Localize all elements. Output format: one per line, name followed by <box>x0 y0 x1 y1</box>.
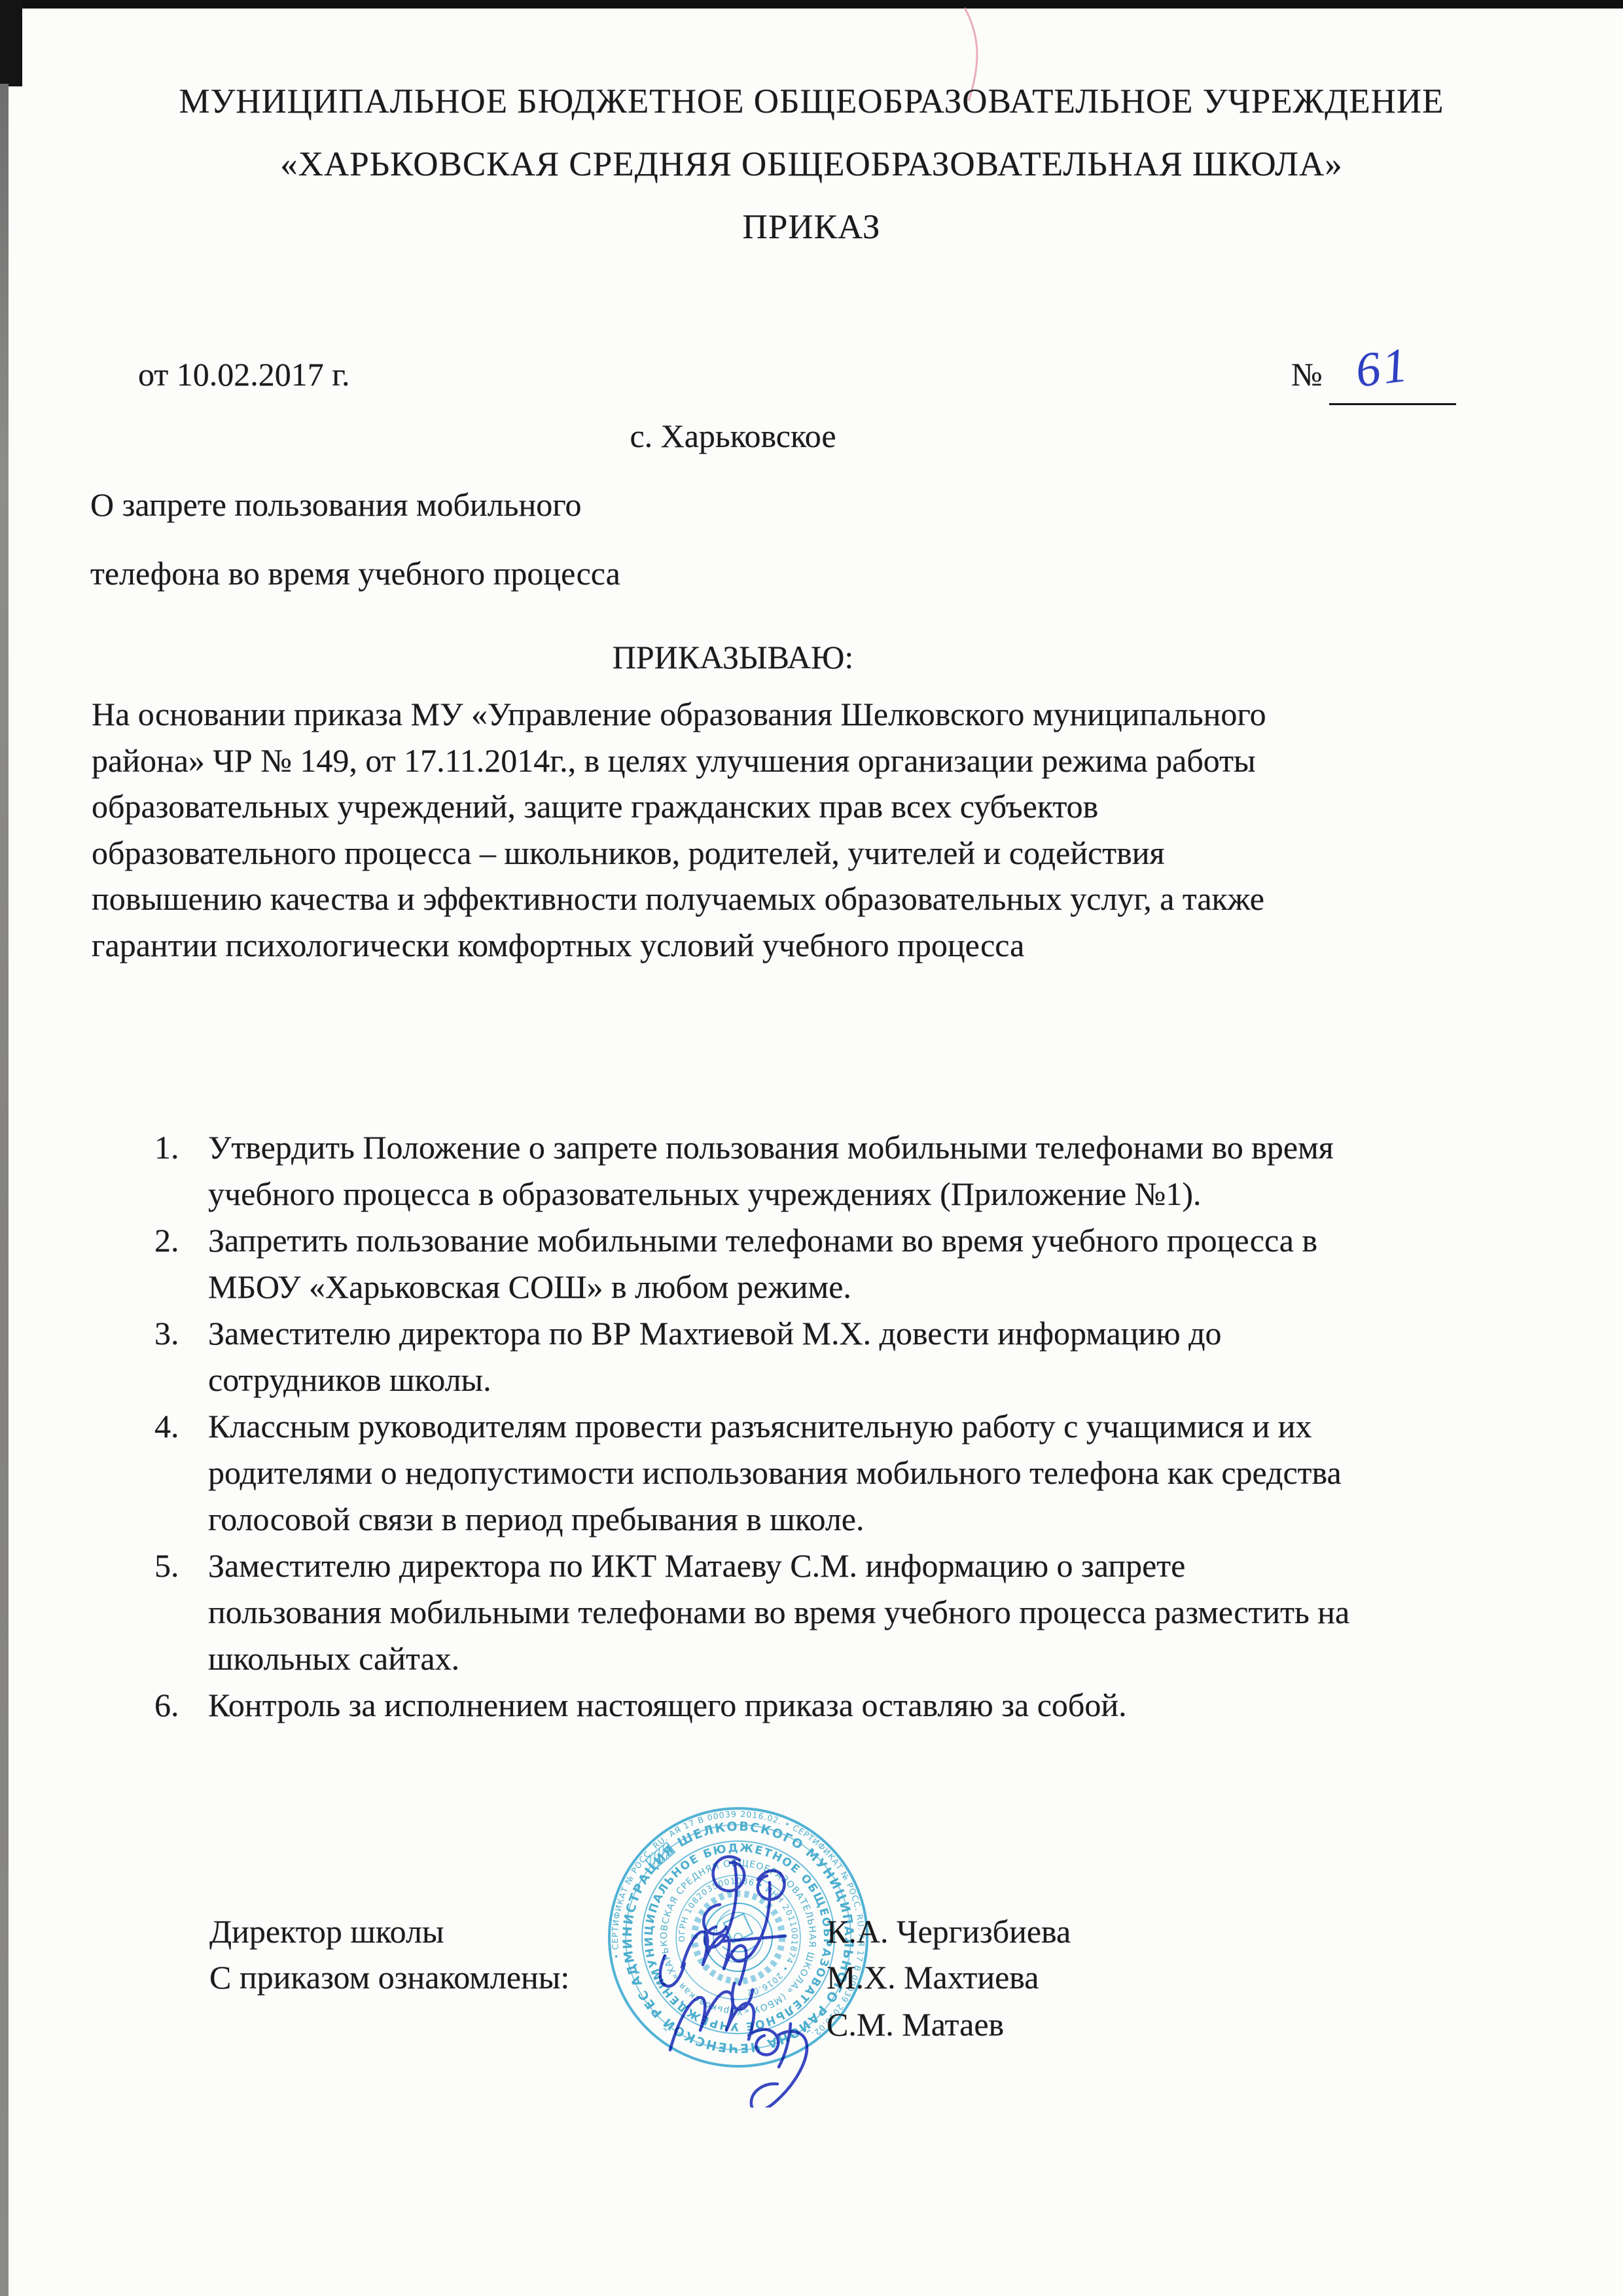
preamble-line: На основании приказа МУ «Управление обра… <box>92 691 1558 738</box>
signature-role-director: Директор школы <box>209 1915 444 1948</box>
number-underline <box>1329 403 1456 405</box>
signature-stroke-makhtieva <box>660 1932 753 2009</box>
order-item-line: 6.Контроль за исполнением настоящего при… <box>154 1682 1594 1729</box>
place-line: с. Харьковское <box>0 420 1466 452</box>
order-item-number: 2. <box>154 1217 208 1264</box>
preamble-paragraph: На основании приказа МУ «Управление обра… <box>92 691 1558 968</box>
order-heading: ПРИКАЗЫВАЮ: <box>0 641 1466 673</box>
order-item-text: Запретить пользование мобильными телефон… <box>208 1222 1317 1259</box>
preamble-line: повышению качества и эффективности получ… <box>92 876 1558 922</box>
order-item-continuation-line: голосовой связи в период пребывания в шк… <box>154 1496 1594 1543</box>
order-item-line: 4.Классным руководителям провести разъяс… <box>154 1403 1594 1450</box>
order-item-continuation-line: сотрудников школы. <box>154 1357 1594 1403</box>
order-item-line: 2.Запретить пользование мобильными телеф… <box>154 1217 1594 1264</box>
order-item-number: 5. <box>154 1543 208 1589</box>
subject-line1: О запрете пользования мобильного <box>90 488 581 521</box>
order-item-text: Утвердить Положение о запрете пользовани… <box>208 1129 1334 1166</box>
order-item-continuation-line: МБОУ «Харьковская СОШ» в любом режиме. <box>154 1264 1594 1310</box>
order-item-text: Контроль за исполнением настоящего прика… <box>208 1687 1127 1723</box>
doc-type-title: ПРИКАЗ <box>0 210 1623 245</box>
mid-centered-block: с. Харьковское ПРИКАЗЫВАЮ: <box>0 0 1466 65</box>
preamble-line: гарантии психологически комфортных услов… <box>92 922 1558 969</box>
order-item-text: Заместителю директора по ВР Махтиевой М.… <box>208 1315 1222 1352</box>
order-item-number: 4. <box>154 1403 208 1450</box>
order-date: от 10.02.2017 г. <box>138 358 350 391</box>
org-name-line1: МУНИЦИПАЛЬНОЕ БЮДЖЕТНОЕ ОБЩЕОБРАЗОВАТЕЛЬ… <box>0 84 1623 119</box>
preamble-line: образовательного процесса – школьников, … <box>92 830 1558 876</box>
order-item-line: 1.Утвердить Положение о запрете пользова… <box>154 1124 1594 1171</box>
preamble-line: района» ЧР № 149, от 17.11.2014г., в цел… <box>92 738 1558 784</box>
signature-stroke-mataev <box>670 1992 807 2108</box>
scanned-order-page: МУНИЦИПАЛЬНОЕ БЮДЖЕТНОЕ ОБЩЕОБРАЗОВАТЕЛЬ… <box>0 0 1623 2296</box>
order-item-continuation-line: учебного процесса в образовательных учре… <box>154 1171 1594 1217</box>
order-item-continuation-line: школьных сайтах. <box>154 1636 1594 1682</box>
order-item-text: Заместителю директора по ИКТ Матаеву С.М… <box>208 1547 1185 1584</box>
preamble-line: образовательных учреждений, защите гражд… <box>92 783 1558 830</box>
order-item-continuation-line: родителями о недопустимости использовани… <box>154 1450 1594 1496</box>
scan-left-edge-shadow <box>0 84 9 2296</box>
number-sign: № <box>1291 358 1323 391</box>
order-item-number: 1. <box>154 1124 208 1171</box>
order-item-number: 6. <box>154 1682 208 1729</box>
order-item-number: 3. <box>154 1310 208 1357</box>
order-item-text: Классным руководителям провести разъясни… <box>208 1408 1312 1444</box>
order-item-line: 3.Заместителю директора по ВР Махтиевой … <box>154 1310 1594 1357</box>
order-items-list: 1.Утвердить Положение о запрете пользова… <box>154 1124 1594 1729</box>
order-item-continuation-line: пользования мобильными телефонами во вре… <box>154 1589 1594 1636</box>
org-name-line2: «ХАРЬКОВСКАЯ СРЕДНЯЯ ОБЩЕОБРАЗОВАТЕЛЬНАЯ… <box>0 147 1623 182</box>
order-item-line: 5.Заместителю директора по ИКТ Матаеву С… <box>154 1543 1594 1589</box>
handwritten-order-number: 61 <box>1353 337 1413 399</box>
subject-line2: телефона во время учебного процесса <box>90 557 620 590</box>
signature-role-acknowledged: С приказом ознакомлены: <box>209 1961 569 1994</box>
handwritten-signatures <box>641 1820 851 2108</box>
